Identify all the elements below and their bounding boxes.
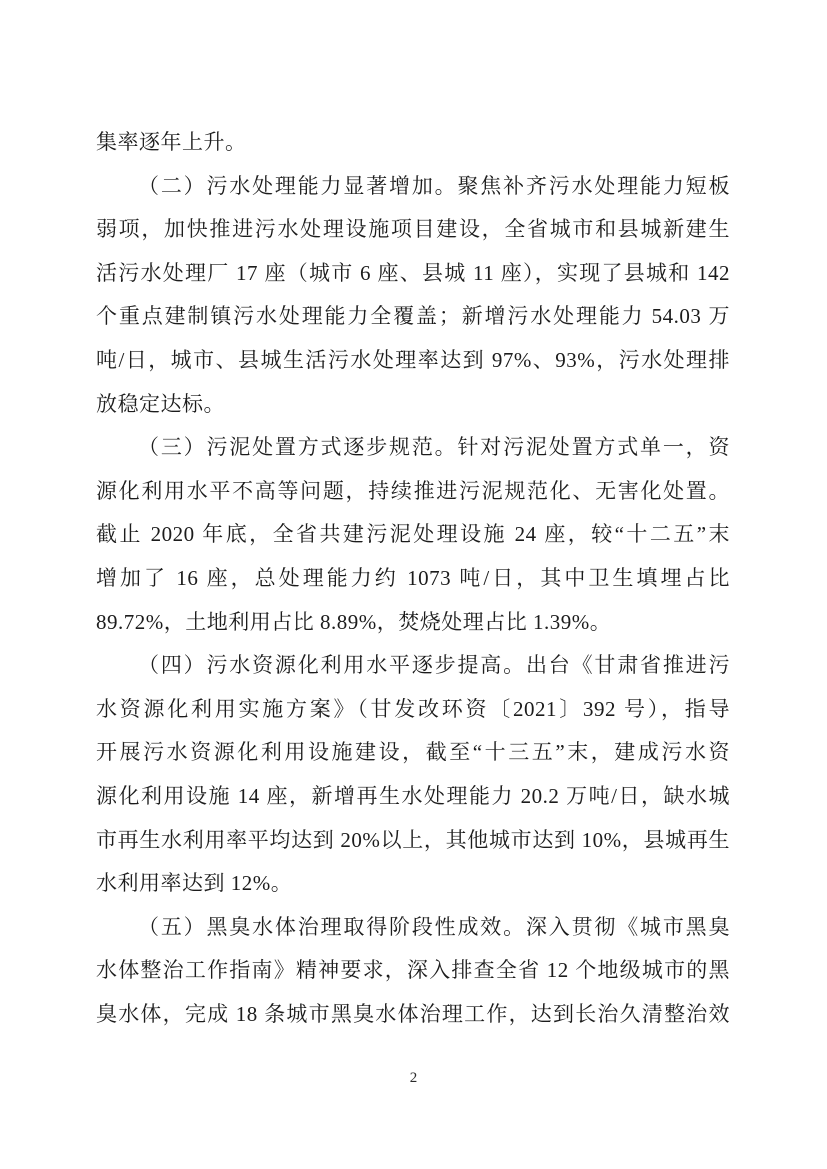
text-line: 弱项，加快推进污水处理设施项目建设，全省城市和县城新建生 (96, 208, 730, 252)
text-line: 开展污水资源化利用设施建设，截至“十三五”末，建成污水资 (96, 731, 730, 775)
text-line: 水体整治工作指南》精神要求，深入排查全省 12 个地级城市的黑 (96, 949, 730, 993)
text-line: 市再生水利用率平均达到 20%以上，其他城市达到 10%，县城再生 (96, 819, 730, 863)
text-line: 臭水体，完成 18 条城市黑臭水体治理工作，达到长治久清整治效 (96, 993, 730, 1037)
text-line: 水资源化利用实施方案》（甘发改环资〔2021〕392 号），指导 (96, 688, 730, 732)
document-body: 集率逐年上升。（二）污水处理能力显著增加。聚焦补齐污水处理能力短板弱项，加快推进… (96, 121, 730, 1036)
text-line: （五）黑臭水体治理取得阶段性成效。深入贯彻《城市黑臭 (96, 906, 730, 950)
text-line: 吨/日，城市、县城生活污水处理率达到 97%、93%，污水处理排 (96, 339, 730, 383)
text-line: 源化利用设施 14 座，新增再生水处理能力 20.2 万吨/日，缺水城 (96, 775, 730, 819)
text-line: （二）污水处理能力显著增加。聚焦补齐污水处理能力短板 (96, 165, 730, 209)
text-line: 截止 2020 年底，全省共建污泥处理设施 24 座，较“十二五”末 (96, 513, 730, 557)
text-line: 89.72%，土地利用占比 8.89%，焚烧处理占比 1.39%。 (96, 601, 730, 645)
text-line: 个重点建制镇污水处理能力全覆盖；新增污水处理能力 54.03 万 (96, 295, 730, 339)
text-line: 源化利用水平不高等问题，持续推进污泥规范化、无害化处置。 (96, 470, 730, 514)
document-page: 集率逐年上升。（二）污水处理能力显著增加。聚焦补齐污水处理能力短板弱项，加快推进… (0, 0, 827, 1169)
text-line: 集率逐年上升。 (96, 121, 730, 165)
text-line: （四）污水资源化利用水平逐步提高。出台《甘肃省推进污 (96, 644, 730, 688)
page-number: 2 (0, 1070, 827, 1087)
text-line: 活污水处理厂 17 座（城市 6 座、县城 11 座），实现了县城和 142 (96, 252, 730, 296)
text-line: （三）污泥处置方式逐步规范。针对污泥处置方式单一，资 (96, 426, 730, 470)
text-line: 水利用率达到 12%。 (96, 862, 730, 906)
text-line: 放稳定达标。 (96, 383, 730, 427)
text-line: 增加了 16 座，总处理能力约 1073 吨/日，其中卫生填埋占比 (96, 557, 730, 601)
